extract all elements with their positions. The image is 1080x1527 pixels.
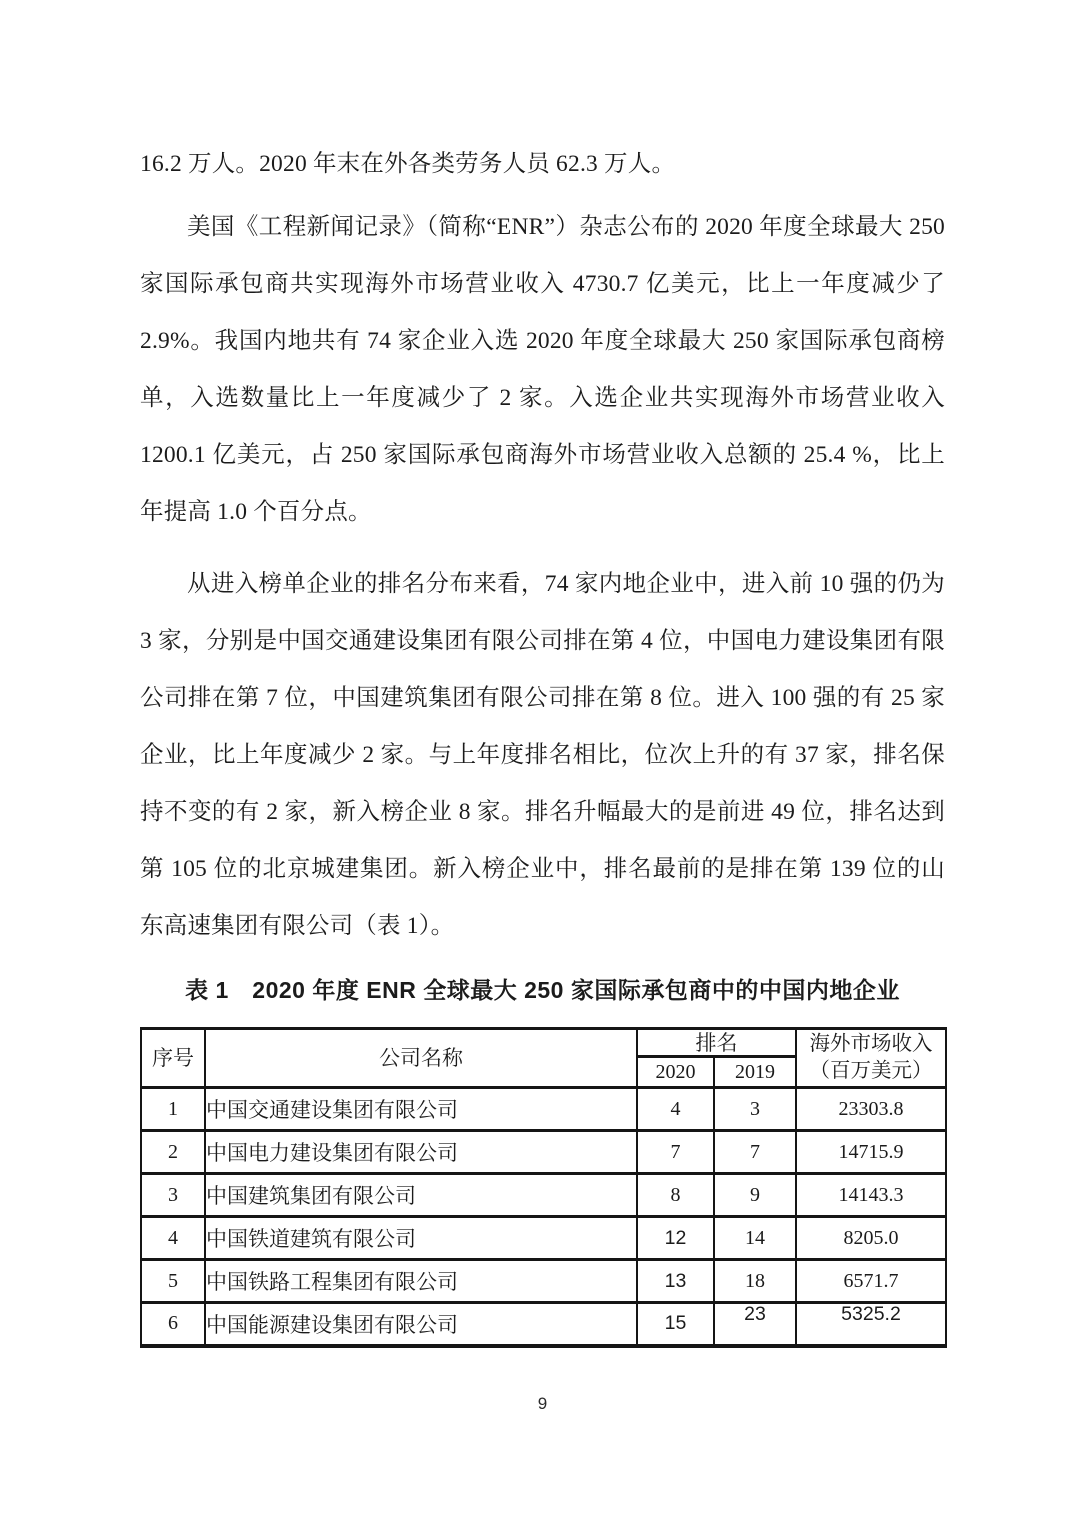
cell-company-value: 中国能源建设集团有限公司 bbox=[206, 1313, 458, 1337]
cell-company-value: 中国建筑集团有限公司 bbox=[206, 1184, 416, 1208]
cell-rank-2019: 23 bbox=[714, 1303, 796, 1346]
cell-index: 6 bbox=[141, 1303, 205, 1346]
cell-index-value: 1 bbox=[168, 1098, 178, 1120]
header-rank: 排名 bbox=[637, 1029, 796, 1057]
cell-index: 2 bbox=[141, 1131, 205, 1174]
table-caption: 表 1 2020 年度 ENR 全球最大 250 家国际承包商中的中国内地企业 bbox=[140, 972, 945, 1008]
cell-rank-2019-value: 7 bbox=[750, 1141, 760, 1163]
paragraph-enr-overview: 美国《工程新闻记录》（简称“ENR”）杂志公布的 2020 年度全球最大 250… bbox=[140, 199, 945, 541]
page-number: 9 bbox=[140, 1394, 945, 1414]
cell-index: 4 bbox=[141, 1217, 205, 1260]
cell-rank-2020-value: 7 bbox=[671, 1141, 681, 1163]
cell-income-value: 23303.8 bbox=[839, 1098, 904, 1120]
header-year-2019: 2019 bbox=[714, 1057, 796, 1088]
cell-rank-2019-value: 3 bbox=[750, 1098, 760, 1120]
cell-rank-2020-value: 12 bbox=[665, 1227, 687, 1249]
cell-company: 中国交通建设集团有限公司 bbox=[205, 1088, 637, 1131]
paragraph-ranking-distribution: 从进入榜单企业的排名分布来看，74 家内地企业中，进入前 10 强的仍为 3 家… bbox=[140, 556, 945, 955]
cell-income-value: 8205.0 bbox=[844, 1227, 899, 1249]
cell-index: 3 bbox=[141, 1174, 205, 1217]
cell-income-value: 14143.3 bbox=[839, 1184, 904, 1206]
cell-rank-2020: 8 bbox=[637, 1174, 714, 1217]
cell-income: 8205.0 bbox=[796, 1217, 946, 1260]
cell-income-value: 14715.9 bbox=[839, 1141, 904, 1163]
table-row: 4中国铁道建筑有限公司12148205.0 bbox=[141, 1217, 946, 1260]
table-row: 3中国建筑集团有限公司8914143.3 bbox=[141, 1174, 946, 1217]
cell-company: 中国能源建设集团有限公司 bbox=[205, 1303, 637, 1346]
cell-index-value: 6 bbox=[168, 1312, 178, 1334]
cell-income-value: 5325.2 bbox=[841, 1303, 901, 1326]
cell-rank-2019: 14 bbox=[714, 1217, 796, 1260]
cell-rank-2019-value: 14 bbox=[745, 1227, 765, 1249]
table-row: 6中国能源建设集团有限公司15235325.2 bbox=[141, 1303, 946, 1346]
cell-rank-2019-value: 9 bbox=[750, 1184, 760, 1206]
cell-index-value: 5 bbox=[168, 1270, 178, 1292]
cell-index-value: 3 bbox=[168, 1184, 178, 1206]
table-row: 2中国电力建设集团有限公司7714715.9 bbox=[141, 1131, 946, 1174]
header-overseas-income-line2: （百万美元） bbox=[810, 1060, 933, 1082]
cell-rank-2019: 3 bbox=[714, 1088, 796, 1131]
cell-index-value: 4 bbox=[168, 1227, 178, 1249]
enr-table-body: 1中国交通建设集团有限公司4323303.82中国电力建设集团有限公司77147… bbox=[141, 1088, 946, 1346]
cell-index-value: 2 bbox=[168, 1141, 178, 1163]
header-index: 序号 bbox=[141, 1029, 205, 1088]
cell-rank-2020: 7 bbox=[637, 1131, 714, 1174]
cell-company: 中国电力建设集团有限公司 bbox=[205, 1131, 637, 1174]
cell-index: 5 bbox=[141, 1260, 205, 1303]
header-year-2020: 2020 bbox=[637, 1057, 714, 1088]
cell-company-value: 中国铁路工程集团有限公司 bbox=[206, 1270, 458, 1294]
cell-income-value: 6571.7 bbox=[844, 1270, 899, 1292]
enr-contractors-table: 序号 公司名称 排名 海外市场收入 （百万美元） 2020 2019 1中国交通… bbox=[140, 1027, 947, 1348]
header-overseas-income: 海外市场收入 （百万美元） bbox=[796, 1029, 946, 1088]
cell-rank-2019: 7 bbox=[714, 1131, 796, 1174]
cell-rank-2019: 9 bbox=[714, 1174, 796, 1217]
cell-rank-2020-value: 8 bbox=[671, 1184, 681, 1206]
cell-rank-2020: 15 bbox=[637, 1303, 714, 1346]
paragraph-labor-stats: 16.2 万人。2020 年末在外各类劳务人员 62.3 万人。 bbox=[140, 136, 945, 193]
cell-company-value: 中国电力建设集团有限公司 bbox=[206, 1141, 458, 1165]
cell-income: 6571.7 bbox=[796, 1260, 946, 1303]
header-overseas-income-line1: 海外市场收入 bbox=[810, 1033, 933, 1055]
table-row: 5中国铁路工程集团有限公司13186571.7 bbox=[141, 1260, 946, 1303]
cell-rank-2020-value: 13 bbox=[665, 1270, 687, 1292]
cell-income: 5325.2 bbox=[796, 1303, 946, 1346]
cell-income: 14143.3 bbox=[796, 1174, 946, 1217]
cell-rank-2020-value: 4 bbox=[671, 1098, 681, 1120]
cell-index: 1 bbox=[141, 1088, 205, 1131]
cell-company-value: 中国交通建设集团有限公司 bbox=[206, 1098, 458, 1122]
cell-company: 中国铁道建筑有限公司 bbox=[205, 1217, 637, 1260]
table-header: 序号 公司名称 排名 海外市场收入 （百万美元） 2020 2019 bbox=[141, 1029, 946, 1088]
cell-rank-2019-value: 18 bbox=[745, 1270, 765, 1292]
cell-company-value: 中国铁道建筑有限公司 bbox=[206, 1227, 416, 1251]
document-page: 16.2 万人。2020 年末在外各类劳务人员 62.3 万人。 美国《工程新闻… bbox=[140, 0, 945, 1414]
cell-income: 14715.9 bbox=[796, 1131, 946, 1174]
cell-company: 中国铁路工程集团有限公司 bbox=[205, 1260, 637, 1303]
cell-rank-2019: 18 bbox=[714, 1260, 796, 1303]
cell-company: 中国建筑集团有限公司 bbox=[205, 1174, 637, 1217]
table-row: 1中国交通建设集团有限公司4323303.8 bbox=[141, 1088, 946, 1131]
header-row-top: 序号 公司名称 排名 海外市场收入 （百万美元） bbox=[141, 1029, 946, 1057]
cell-income: 23303.8 bbox=[796, 1088, 946, 1131]
cell-rank-2020: 12 bbox=[637, 1217, 714, 1260]
cell-rank-2020-value: 15 bbox=[665, 1312, 687, 1334]
header-company: 公司名称 bbox=[205, 1029, 637, 1088]
cell-rank-2019-value: 23 bbox=[744, 1303, 766, 1326]
cell-rank-2020: 13 bbox=[637, 1260, 714, 1303]
cell-rank-2020: 4 bbox=[637, 1088, 714, 1131]
